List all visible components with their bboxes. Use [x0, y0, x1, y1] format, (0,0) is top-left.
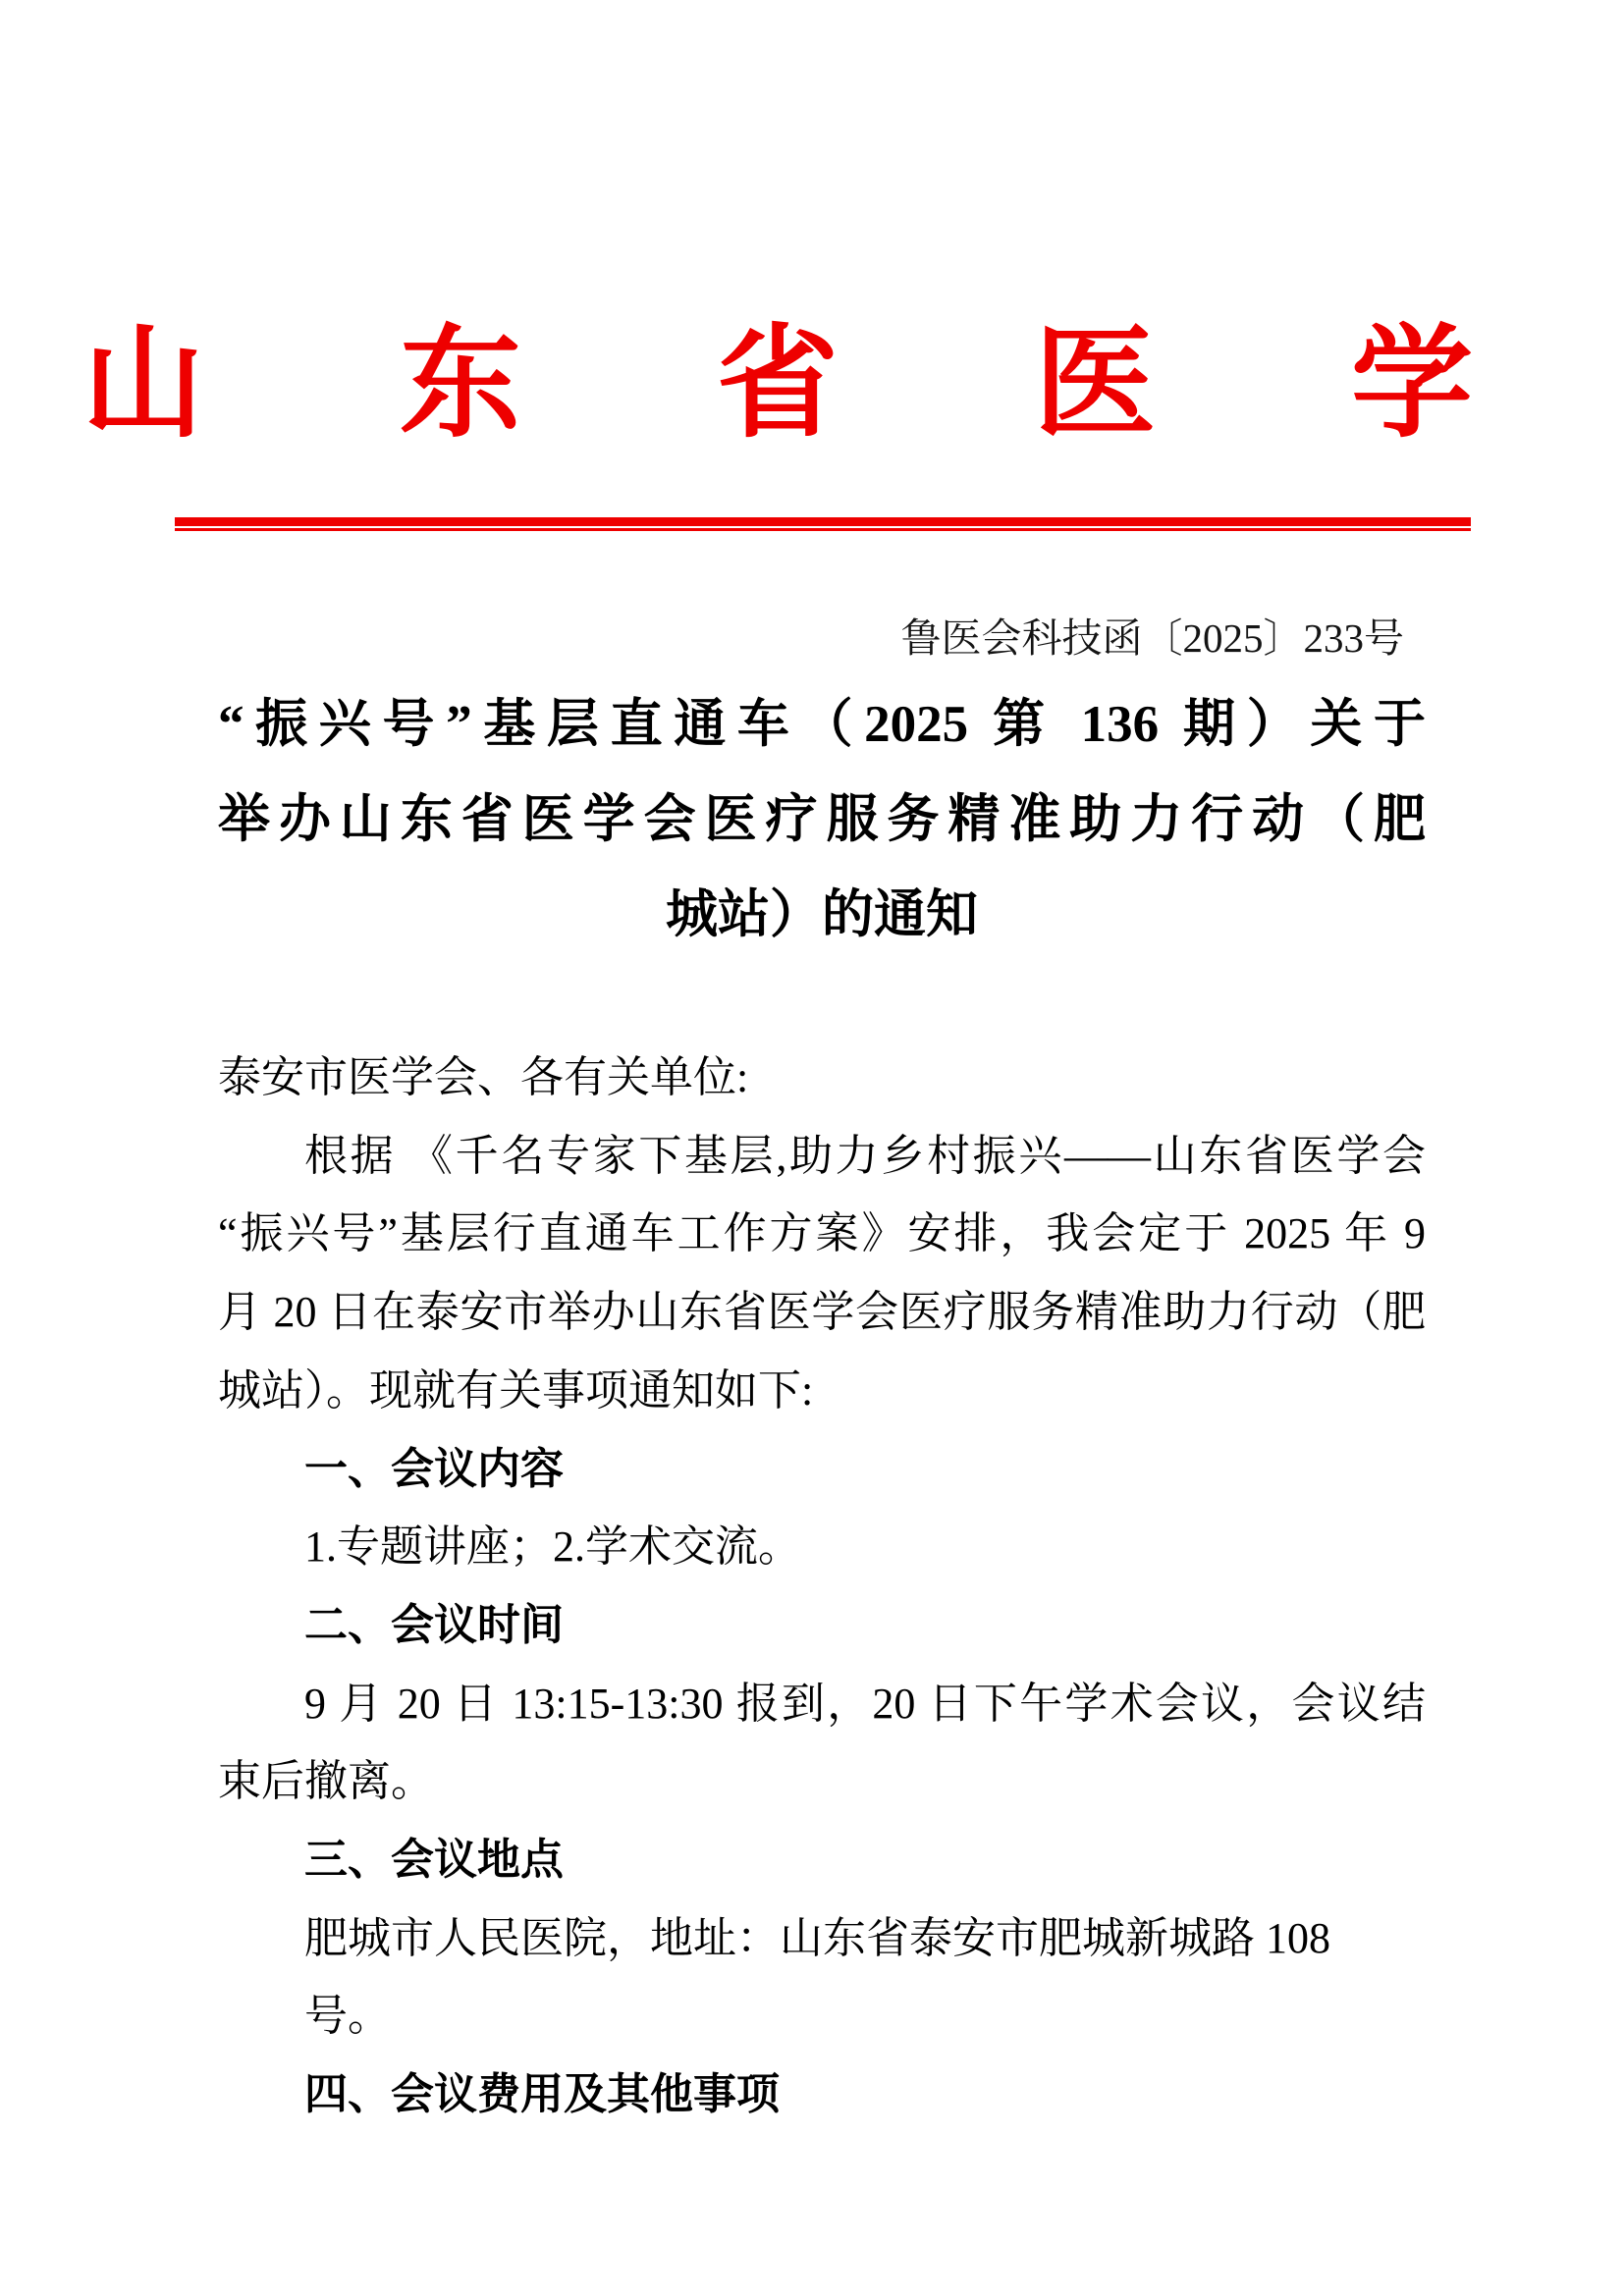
masthead-divider-rule	[175, 517, 1471, 531]
body-line: 肥城市人民医院，地址：山东省泰安市肥城新城路 108 号。	[218, 1899, 1426, 2056]
salutation-line: 泰安市医学会、各有关单位:	[218, 1039, 1426, 1117]
body-line: 月 20 日在泰安市举办山东省医学会医疗服务精准助力行动（肥	[218, 1273, 1426, 1352]
notice-title: “振兴号”基层直通车（2025 第 136 期）关于 举办山东省医学会医疗服务精…	[218, 677, 1426, 963]
notice-title-line-2: 举办山东省医学会医疗服务精准助力行动（肥	[218, 773, 1426, 868]
section-heading-meeting-time: 二、会议时间	[218, 1586, 1426, 1665]
body-line: 束后撤离。	[218, 1742, 1426, 1821]
section-heading-meeting-content: 一、会议内容	[218, 1430, 1426, 1509]
body-line: “振兴号”基层行直通车工作方案》安排，我会定于 2025 年 9	[218, 1195, 1426, 1273]
body-line: 1.专题讲座；2.学术交流。	[218, 1508, 1426, 1586]
notice-body: 泰安市医学会、各有关单位: 根据 《千名专家下基层,助力乡村振兴——山东省医学会…	[218, 1039, 1426, 2134]
section-heading-meeting-fees: 四、会议费用及其他事项	[218, 2056, 1426, 2134]
notice-document-page: 山 东 省 医 学 会 鲁医会科技函〔2025〕233号 “振兴号”基层直通车（…	[0, 0, 1624, 2296]
body-line: 9 月 20 日 13:15-13:30 报到，20 日下午学术会议，会议结	[218, 1665, 1426, 1743]
notice-title-line-1: “振兴号”基层直通车（2025 第 136 期）关于	[218, 677, 1426, 773]
body-line: 根据 《千名专家下基层,助力乡村振兴——山东省医学会	[218, 1117, 1426, 1196]
body-line: 城站）。现就有关事项通知如下:	[218, 1352, 1426, 1430]
organization-masthead: 山 东 省 医 学 会	[0, 324, 1624, 446]
section-heading-meeting-location: 三、会议地点	[218, 1821, 1426, 1899]
document-reference-number: 鲁医会科技函〔2025〕233号	[0, 609, 1404, 667]
notice-title-line-3: 城站）的通知	[218, 868, 1426, 963]
